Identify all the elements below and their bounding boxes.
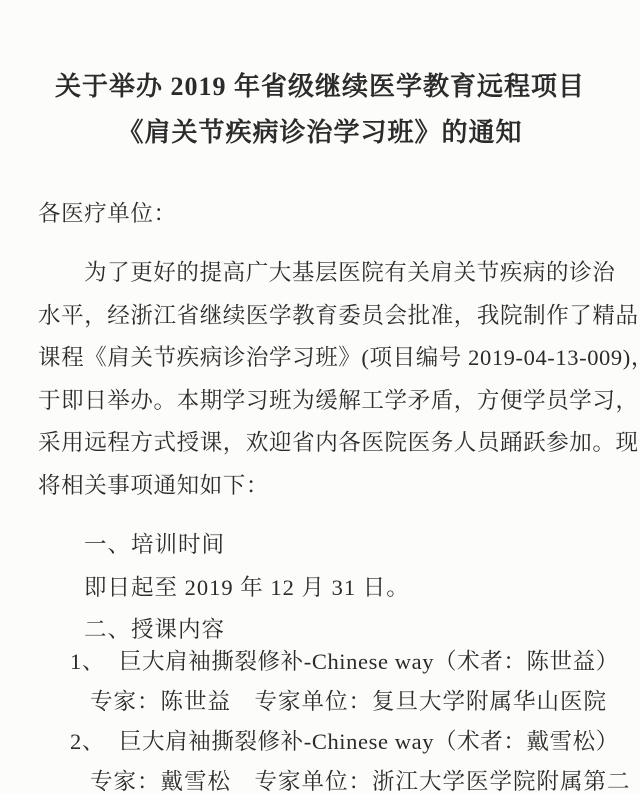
paragraph-line-5: 采用远程方式授课，欢迎省内各医院医务人员踊跃参加。现 <box>38 422 608 465</box>
document-title: 关于举办 2019 年省级继续医学教育远程项目 《肩关节疾病诊治学习班》的通知 <box>0 64 640 156</box>
section-1-body: 即日起至 2019 年 12 月 31 日。 <box>84 567 610 610</box>
intro-paragraph: 为了更好的提高广大基层医院有关肩关节疾病的诊治 水平，经浙江省继续医学教育委员会… <box>38 252 608 508</box>
scanned-notice-document: 关于举办 2019 年省级继续医学教育远程项目 《肩关节疾病诊治学习班》的通知 … <box>0 0 640 794</box>
course-item-1-title-line: 1、巨大肩袖撕裂修补-Chinese way（术者：陈世益） <box>38 642 620 682</box>
paragraph-line-4: 于即日举办。本期学习班为缓解工学矛盾，方便学员学习， <box>38 380 608 423</box>
salutation: 各医疗单位： <box>38 198 177 230</box>
paragraph-line-3: 课程《肩关节疾病诊治学习班》(项目编号 2019-04-13-009)， <box>38 337 608 380</box>
sections: 一、培训时间 即日起至 2019 年 12 月 31 日。 二、授课内容 <box>84 524 610 652</box>
course-item-1-title: 巨大肩袖撕裂修补-Chinese way（术者：陈世益） <box>119 649 619 674</box>
paragraph-line-6: 将相关事项通知如下： <box>38 465 608 508</box>
paragraph-line-1: 为了更好的提高广大基层医院有关肩关节疾病的诊治 <box>38 252 608 295</box>
section-1-heading: 一、培训时间 <box>84 524 610 567</box>
course-item-2-expert-line: 专家：戴雪松 专家单位：浙江大学医学院附属第二 <box>38 762 620 794</box>
document-title-line-2: 《肩关节疾病诊治学习班》的通知 <box>0 110 640 156</box>
course-item-1-number: 1、 <box>70 642 105 682</box>
course-item-2-title-line: 2、巨大肩袖撕裂修补-Chinese way（术者：戴雪松） <box>38 722 620 762</box>
paragraph-line-2: 水平，经浙江省继续医学教育委员会批准，我院制作了精品 <box>38 295 608 338</box>
document-title-line-1: 关于举办 2019 年省级继续医学教育远程项目 <box>0 64 640 110</box>
course-item-1-expert-line: 专家：陈世益 专家单位：复旦大学附属华山医院 <box>38 682 620 722</box>
course-item-2-title: 巨大肩袖撕裂修补-Chinese way（术者：戴雪松） <box>119 729 619 754</box>
course-list: 1、巨大肩袖撕裂修补-Chinese way（术者：陈世益） 专家：陈世益 专家… <box>38 642 620 794</box>
course-item-2-number: 2、 <box>70 722 105 762</box>
